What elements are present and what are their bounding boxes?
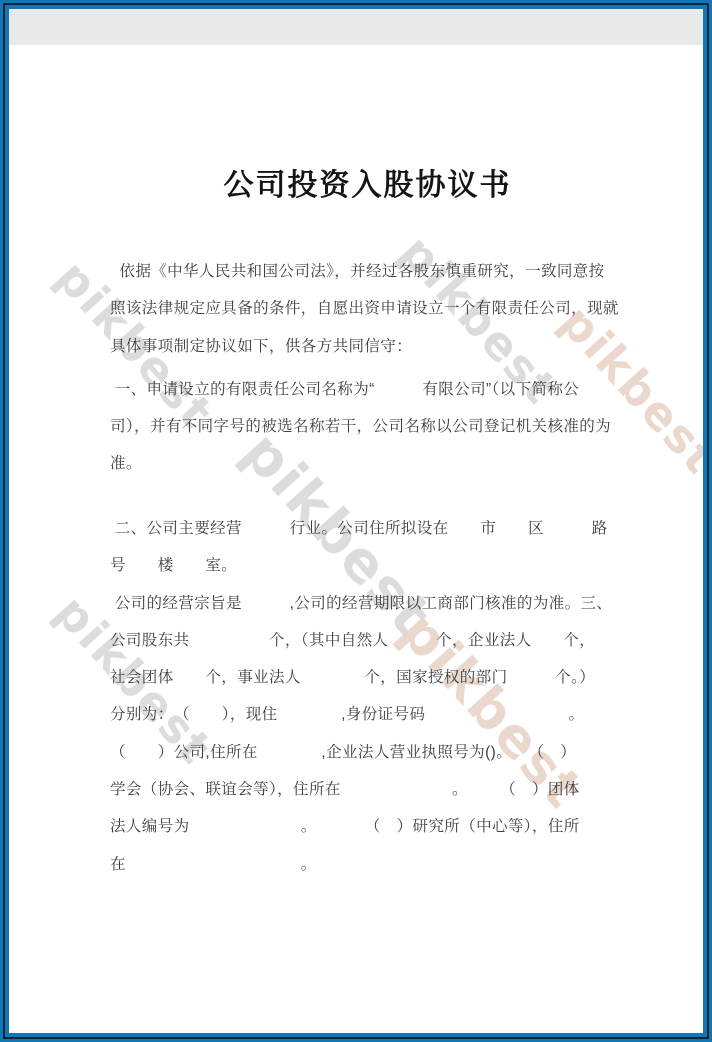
text-line: 照该法律规定应具备的条件，自愿出资申请设立一个有限责任公司，现就: [110, 290, 625, 327]
navy-frame-line: pikbestpikbestpikbestpikbestpikbestpikbe…: [3, 3, 709, 1039]
text-line: 法人编号为 。 （ ）研究所（中心等），住所: [110, 808, 625, 845]
document-title: 公司投资入股协议书: [110, 160, 625, 204]
text-line: 二、公司主要经营 行业。公司住所拟设在 市 区 路: [110, 510, 625, 547]
document-page: pikbestpikbestpikbestpikbestpikbestpikbe…: [9, 9, 703, 1033]
paragraph-block-1: 依据《中华人民共和国公司法》，并经过各股东慎重研究，一致同意按 照该法律规定应具…: [110, 253, 625, 483]
text-line: 司），并有不同字号的被选名称若干，公司名称以公司登记机关核准的为: [110, 408, 625, 445]
text-line: 准。: [110, 445, 625, 482]
text-line: 公司股东共 个，（其中自然人 个，企业法人 个，: [110, 622, 625, 659]
text-line: 社会团体 个，事业法人 个，国家授权的部门 个。）: [110, 659, 625, 696]
inner-blue-frame: pikbestpikbestpikbestpikbestpikbestpikbe…: [5, 5, 707, 1037]
text-line: 依据《中华人民共和国公司法》，并经过各股东慎重研究，一致同意按: [110, 253, 625, 290]
text-line: 号 楼 室。: [110, 547, 625, 584]
text-line: 在 。: [110, 846, 625, 883]
paragraph-block-2: 二、公司主要经营 行业。公司住所拟设在 市 区 路 号 楼 室。 公司的经营宗旨…: [110, 510, 625, 883]
text-line: 一、申请设立的有限责任公司名称为“ 有限公司”（以下简称公: [110, 371, 625, 408]
text-line: 学会（协会、联谊会等），住所在 。 （ ）团体: [110, 771, 625, 808]
top-gray-strip: [9, 9, 703, 45]
text-line: 公司的经营宗旨是 ,公司的经营期限以工商部门核准的为准。三、: [110, 585, 625, 622]
outer-blue-frame: pikbestpikbestpikbestpikbestpikbestpikbe…: [0, 0, 712, 1042]
text-line: （ ）公司,住所在 ,企业法人营业执照号为()。 （ ）: [110, 734, 625, 771]
text-line: 分别为： （ ），现住 ,身份证号码 。: [110, 696, 625, 733]
text-line: 具体事项制定协议如下，供各方共同信守：: [110, 328, 625, 365]
